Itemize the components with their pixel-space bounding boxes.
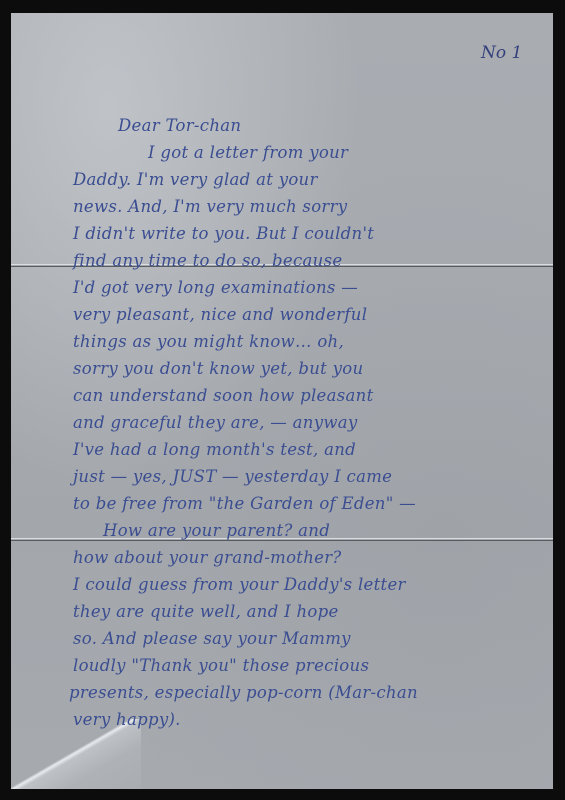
page-number: No 1 (481, 43, 522, 63)
letter-line: loudly "Thank you" those precious (73, 656, 369, 675)
letter-line: can understand soon how pleasant (73, 386, 374, 405)
letter-line: very happy). (73, 710, 181, 729)
letter-line: just — yes, JUST — yesterday I came (73, 467, 392, 486)
letter-line: I could guess from your Daddy's letter (73, 575, 406, 594)
letter-line: so. And please say your Mammy (73, 629, 351, 648)
letter-line: I got a letter from your (148, 143, 348, 162)
letter-line: How are your parent? and (103, 521, 330, 540)
corner-crease (11, 719, 141, 789)
letter-line: I didn't write to you. But I couldn't (73, 224, 374, 243)
letter-line: I'd got very long examinations — (73, 278, 358, 297)
letter-paper: No 1 Dear Tor-chan I got a letter from y… (11, 13, 553, 789)
letter-line: I've had a long month's test, and (73, 440, 356, 459)
salutation: Dear Tor-chan (118, 116, 241, 135)
letter-line: presents, especially pop-corn (Mar-chan (69, 683, 418, 702)
letter-line: how about your grand-mother? (73, 548, 342, 567)
letter-line: sorry you don't know yet, but you (73, 359, 363, 378)
letter-line: news. And, I'm very much sorry (73, 197, 347, 216)
letter-line: and graceful they are, — anyway (73, 413, 358, 432)
letter-line: things as you might know… oh, (73, 332, 344, 351)
letter-line: they are quite well, and I hope (73, 602, 339, 621)
letter-line: Daddy. I'm very glad at your (73, 170, 318, 189)
letter-line: very pleasant, nice and wonderful (73, 305, 367, 324)
letter-line: find any time to do so, because (73, 251, 342, 270)
letter-line: to be free from "the Garden of Eden" — (73, 494, 416, 513)
